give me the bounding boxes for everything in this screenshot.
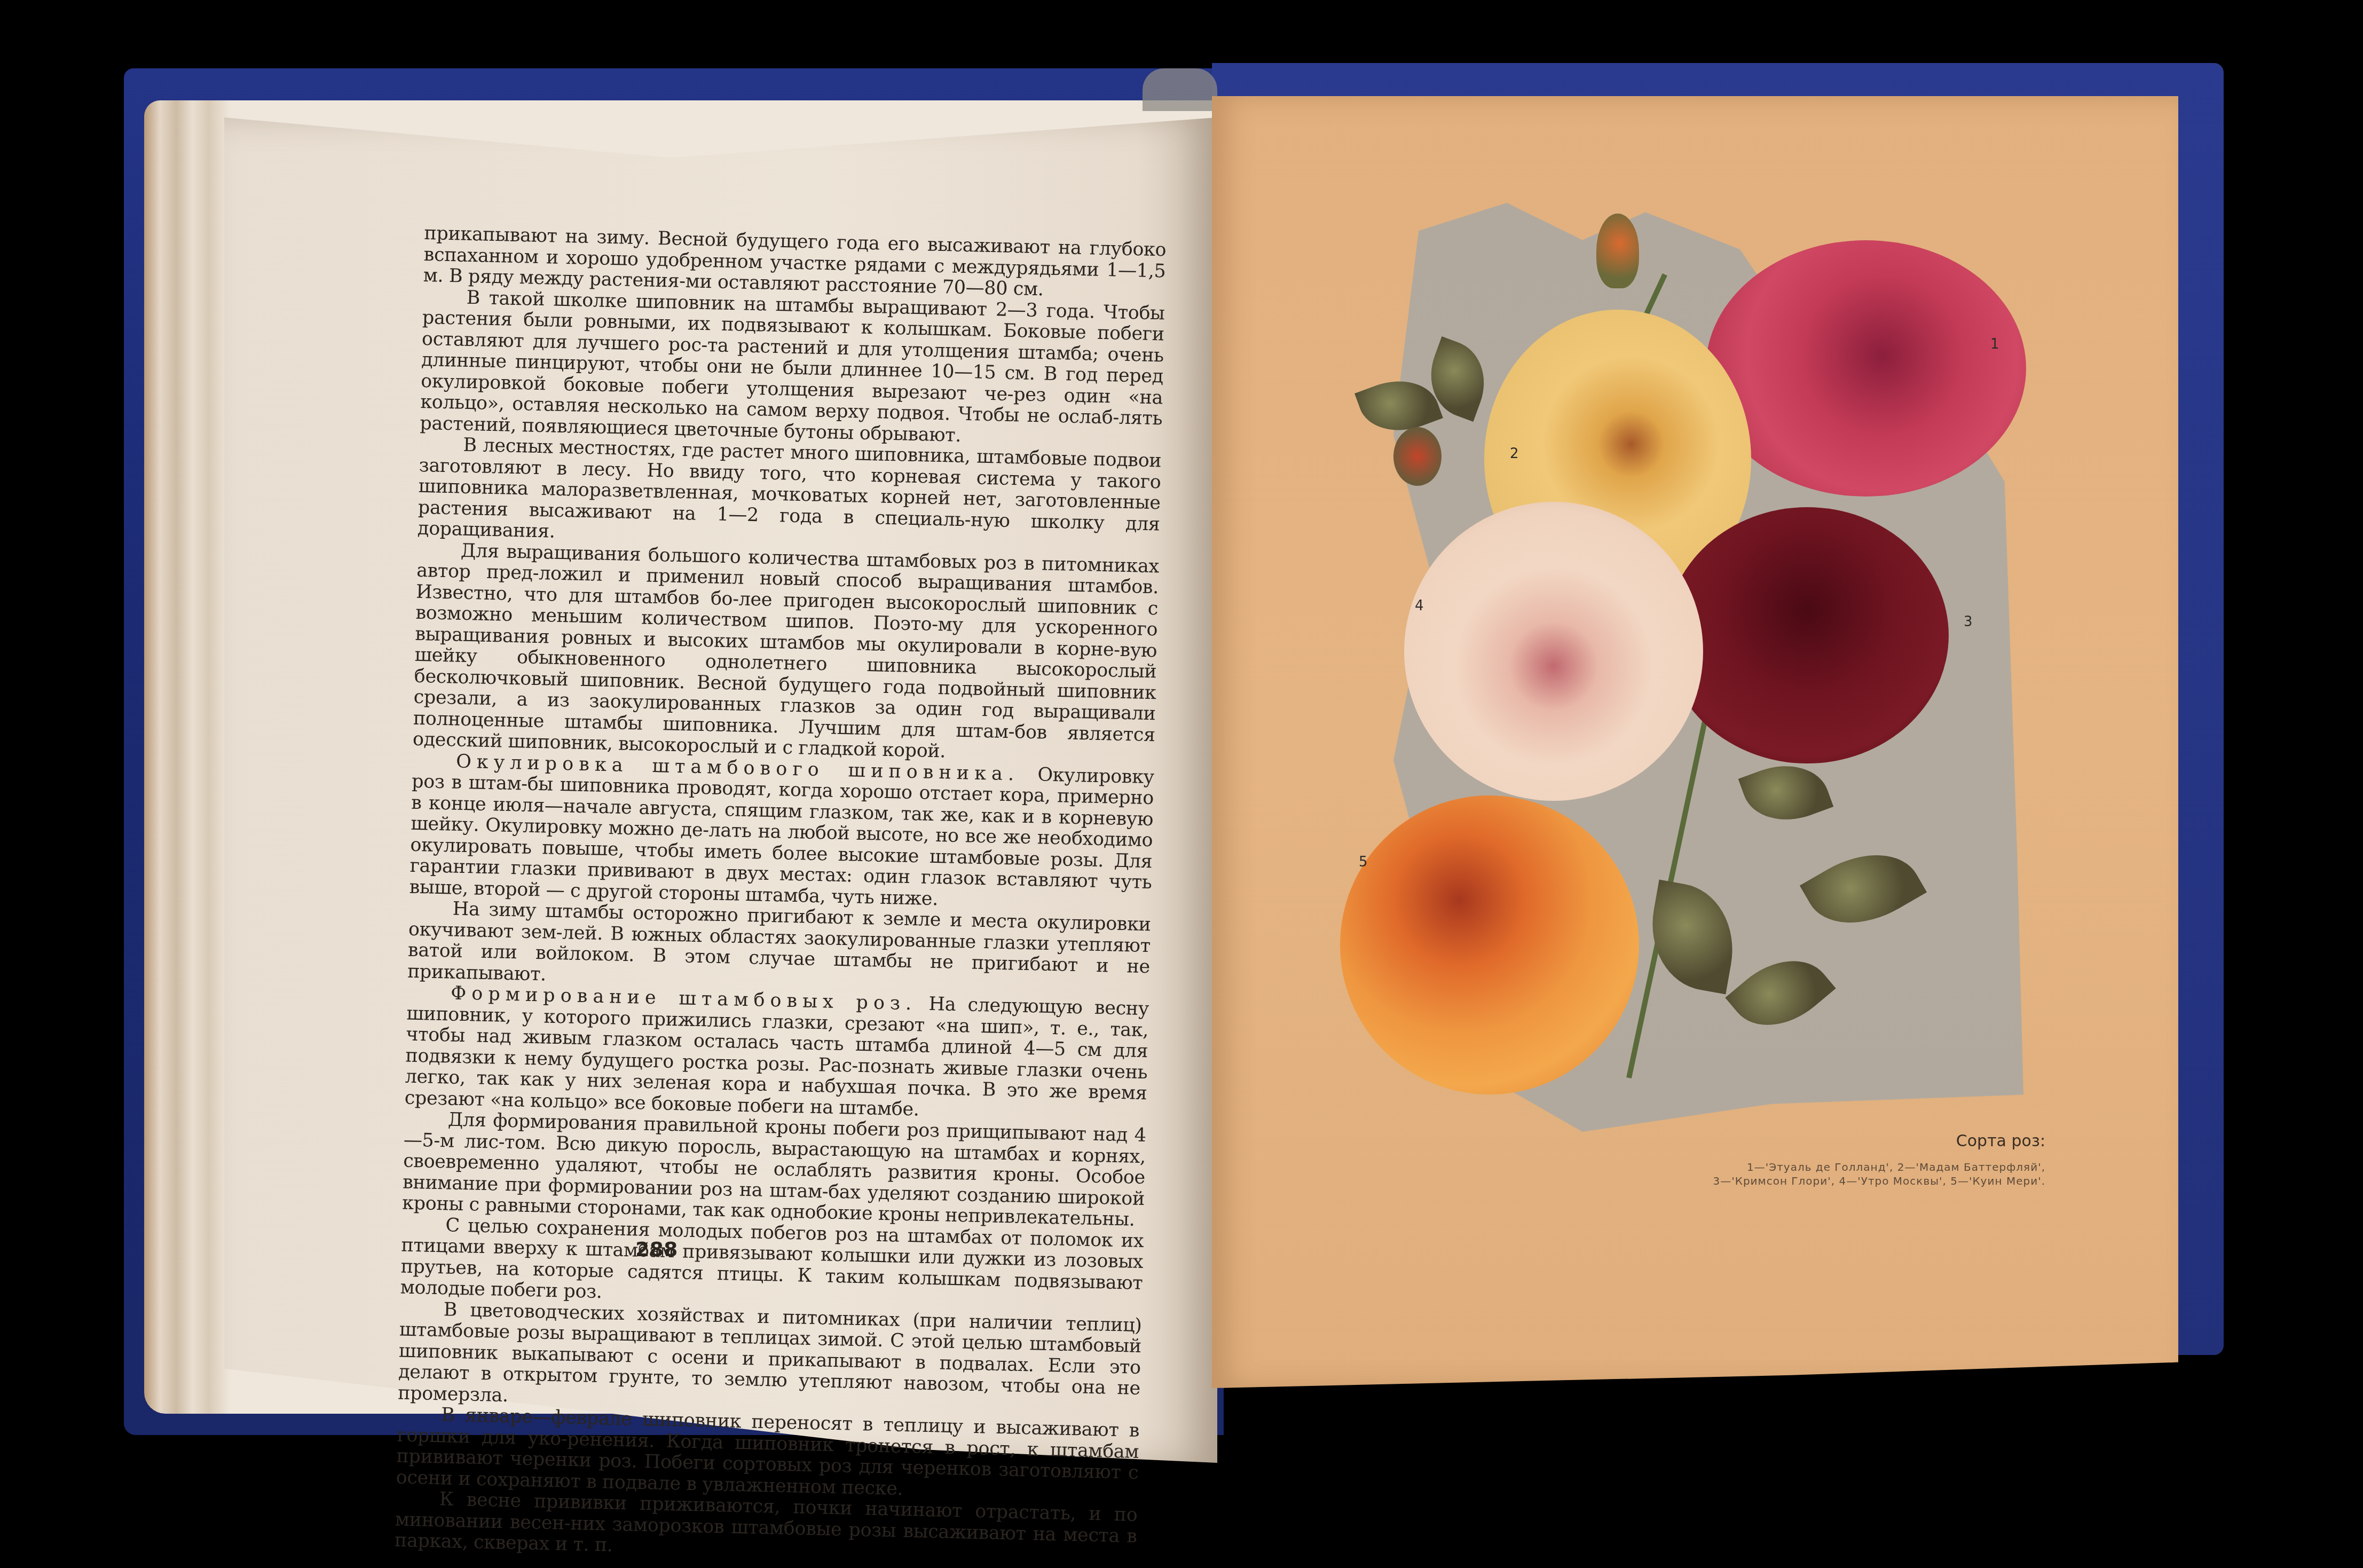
section-text: На следующую весну шиповник, у которого … xyxy=(404,994,1149,1120)
rose-4 xyxy=(1404,502,1703,801)
caption-line: 3—'Кримсон Глори', 4—'Утро Москвы', 5—'К… xyxy=(1713,1174,2046,1188)
plate-caption: Сорта роз: 1—'Этуаль де Голланд', 2—'Мад… xyxy=(1713,1132,2046,1188)
caption-title: Сорта роз: xyxy=(1713,1132,2046,1151)
paragraph: В лесных местностях, где растет много ши… xyxy=(418,434,1162,556)
plate-number-3: 3 xyxy=(1964,614,1973,630)
paragraph: Для выращивания большого количества штам… xyxy=(413,539,1160,767)
left-page-text: прикапывают на зиму. Весной будущего год… xyxy=(395,223,1167,1568)
rose-5 xyxy=(1340,795,1639,1094)
plate-number-2: 2 xyxy=(1510,446,1519,462)
plate-number-1: 1 xyxy=(1990,336,1999,352)
rosebud xyxy=(1393,427,1442,486)
rose-1 xyxy=(1706,240,2026,497)
page-number: 288 xyxy=(635,1238,678,1261)
caption-line: 1—'Этуаль де Голланд', 2—'Мадам Баттерфл… xyxy=(1713,1160,2046,1174)
paragraph: Для формирования правильной кроны побеги… xyxy=(402,1109,1146,1231)
section-formirovanie: Формирование штамбовых роз. На следующую… xyxy=(404,982,1149,1125)
plate-number-5: 5 xyxy=(1359,854,1368,870)
rose-3 xyxy=(1666,507,1949,763)
rosebud xyxy=(1596,214,1639,288)
paragraph: В такой школке шиповник на штамбы выращи… xyxy=(420,286,1165,451)
paragraph: В цветоводческих хозяйствах и питомниках… xyxy=(398,1298,1142,1421)
rose-illustration: 1 2 3 4 5 xyxy=(1340,203,2034,1142)
section-text: Окулировку роз в штам-бы шиповника прово… xyxy=(409,764,1154,910)
paragraph: С целью сохранения молодых побегов роз н… xyxy=(400,1214,1144,1315)
section-okulirovka: Окулировка штамбового шиповника. Окулиро… xyxy=(409,750,1154,915)
plate-number-4: 4 xyxy=(1415,598,1424,614)
book-spine xyxy=(1143,68,1217,111)
